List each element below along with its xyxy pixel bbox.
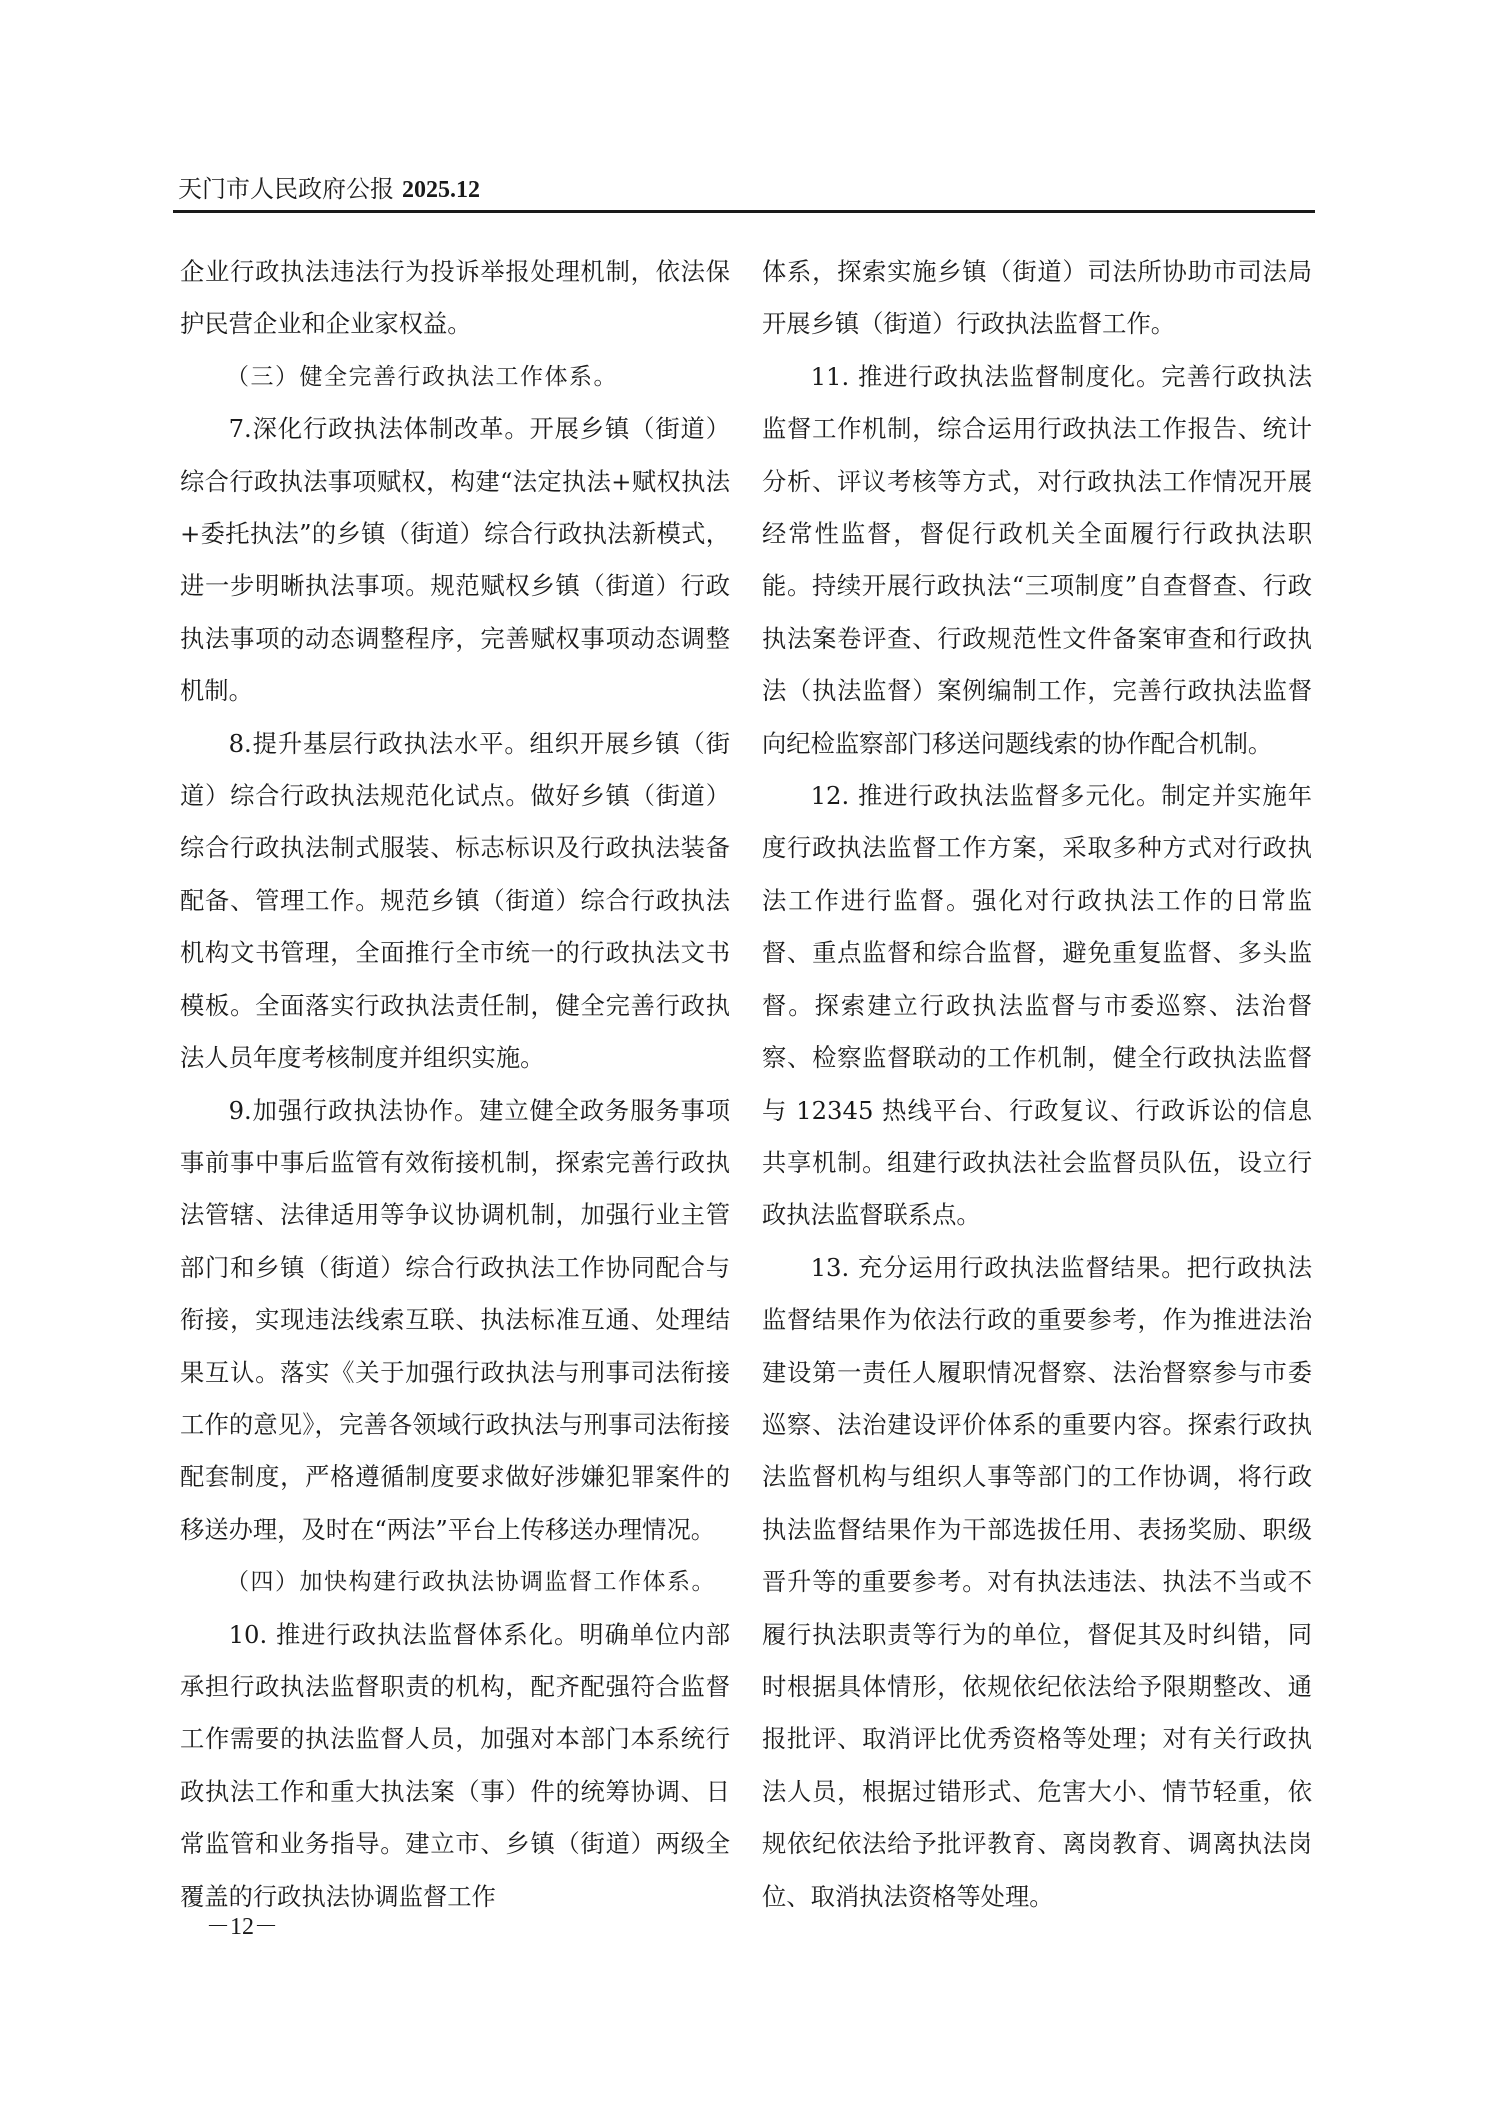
section-heading-3: （三）健全完善行政执法工作体系。 <box>180 351 730 403</box>
issue-number: 2025.12 <box>402 177 480 203</box>
paragraph-continuation: 体系，探索实施乡镇（街道）司法所协助市司法局开展乡镇（街道）行政执法监督工作。 <box>762 246 1312 351</box>
paragraph-item-8: 8.提升基层行政执法水平。组织开展乡镇（街道）综合行政执法规范化试点。做好乡镇（… <box>180 718 730 1085</box>
paragraph-continuation: 企业行政执法违法行为投诉举报处理机制，依法保护民营企业和企业家权益。 <box>180 246 730 351</box>
page-number: －12－ <box>206 1912 278 1942</box>
right-column: 体系，探索实施乡镇（街道）司法所协助市司法局开展乡镇（街道）行政执法监督工作。 … <box>762 246 1312 1923</box>
section-heading-4: （四）加快构建行政执法协调监督工作体系。 <box>180 1556 730 1608</box>
paragraph-item-12: 12. 推进行政执法监督多元化。制定并实施年度行政执法监督工作方案，采取多种方式… <box>762 770 1312 1242</box>
paragraph-item-10: 10. 推进行政执法监督体系化。明确单位内部承担行政执法监督职责的机构，配齐配强… <box>180 1609 730 1923</box>
page-header: 天门市人民政府公报2025.12 <box>178 172 480 206</box>
paragraph-item-9: 9.加强行政执法协作。建立健全政务服务事项事前事中事后监管有效衔接机制，探索完善… <box>180 1085 730 1557</box>
left-column: 企业行政执法违法行为投诉举报处理机制，依法保护民营企业和企业家权益。 （三）健全… <box>180 246 730 1923</box>
paragraph-item-13: 13. 充分运用行政执法监督结果。把行政执法监督结果作为依法行政的重要参考，作为… <box>762 1242 1312 1923</box>
paragraph-item-7: 7.深化行政执法体制改革。开展乡镇（街道）综合行政执法事项赋权，构建“法定执法+… <box>180 403 730 717</box>
header-rule <box>173 210 1315 213</box>
paragraph-item-11: 11. 推进行政执法监督制度化。完善行政执法监督工作机制，综合运用行政执法工作报… <box>762 351 1312 770</box>
journal-title: 天门市人民政府公报 <box>178 175 394 203</box>
